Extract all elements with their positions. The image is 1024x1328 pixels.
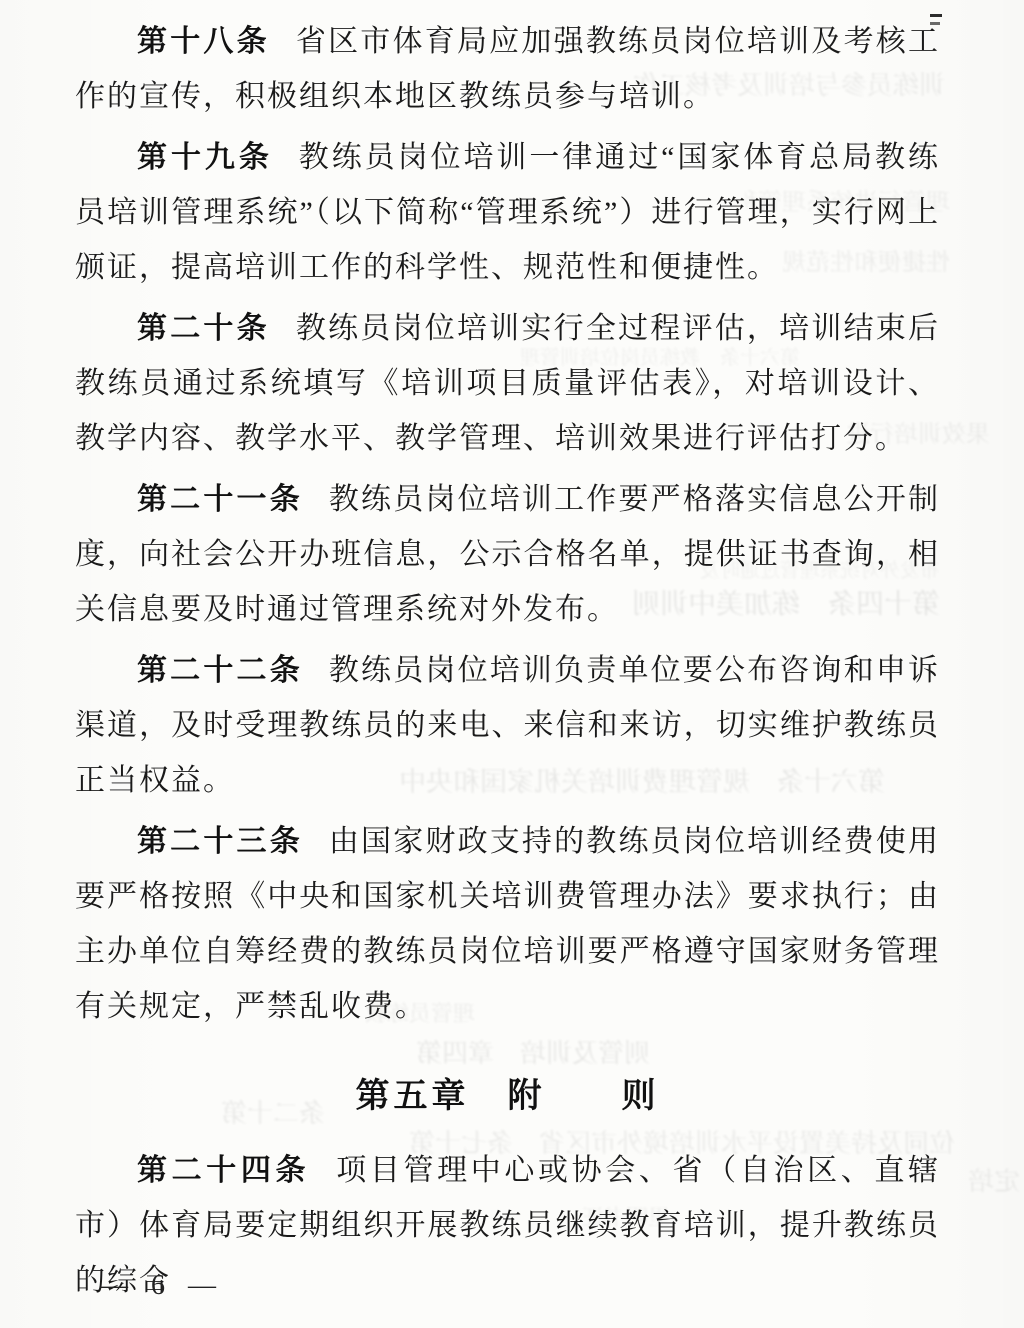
document-page: 第十八条省区市体育局应加强教练员岗位培训及考核工作的宣传，积极组织本地区教练员参… <box>0 0 1024 1328</box>
article-23: 第二十三条由国家财政支持的教练员岗位培训经费使用要严格按照《中央和国家机关培训费… <box>75 814 940 1034</box>
article-19-number: 第十九条 <box>137 141 273 174</box>
page-number: — 6 — <box>100 1270 224 1302</box>
article-20-number: 第二十条 <box>137 312 270 345</box>
article-18-number: 第十八条 <box>137 25 270 58</box>
article-19: 第十九条教练员岗位培训一律通过“国家体育总局教练员培训管理系统”（以下简称“管理… <box>75 130 940 295</box>
article-24-number: 第二十四条 <box>137 1154 310 1187</box>
bleedthrough-text: 定培 <box>940 1168 1020 1197</box>
article-18: 第十八条省区市体育局应加强教练员岗位培训及考核工作的宣传，积极组织本地区教练员参… <box>75 14 940 124</box>
article-20: 第二十条教练员岗位培训实行全过程评估，培训结束后教练员通过系统填写《培训项目质量… <box>75 301 940 466</box>
article-21: 第二十一条教练员岗位培训工作要严格落实信息公开制度，向社会公开办班信息，公示合格… <box>75 472 940 637</box>
chapter-heading: 第五章 附 则 <box>75 1068 940 1117</box>
article-22-number: 第二十二条 <box>137 654 303 687</box>
article-22: 第二十二条教练员岗位培训负责单位要公布咨询和申诉渠道，及时受理教练员的来电、来信… <box>75 643 940 808</box>
document-body: 第十八条省区市体育局应加强教练员岗位培训及考核工作的宣传，积极组织本地区教练员参… <box>75 14 940 1308</box>
article-23-number: 第二十三条 <box>137 825 303 858</box>
article-21-number: 第二十一条 <box>137 483 303 516</box>
